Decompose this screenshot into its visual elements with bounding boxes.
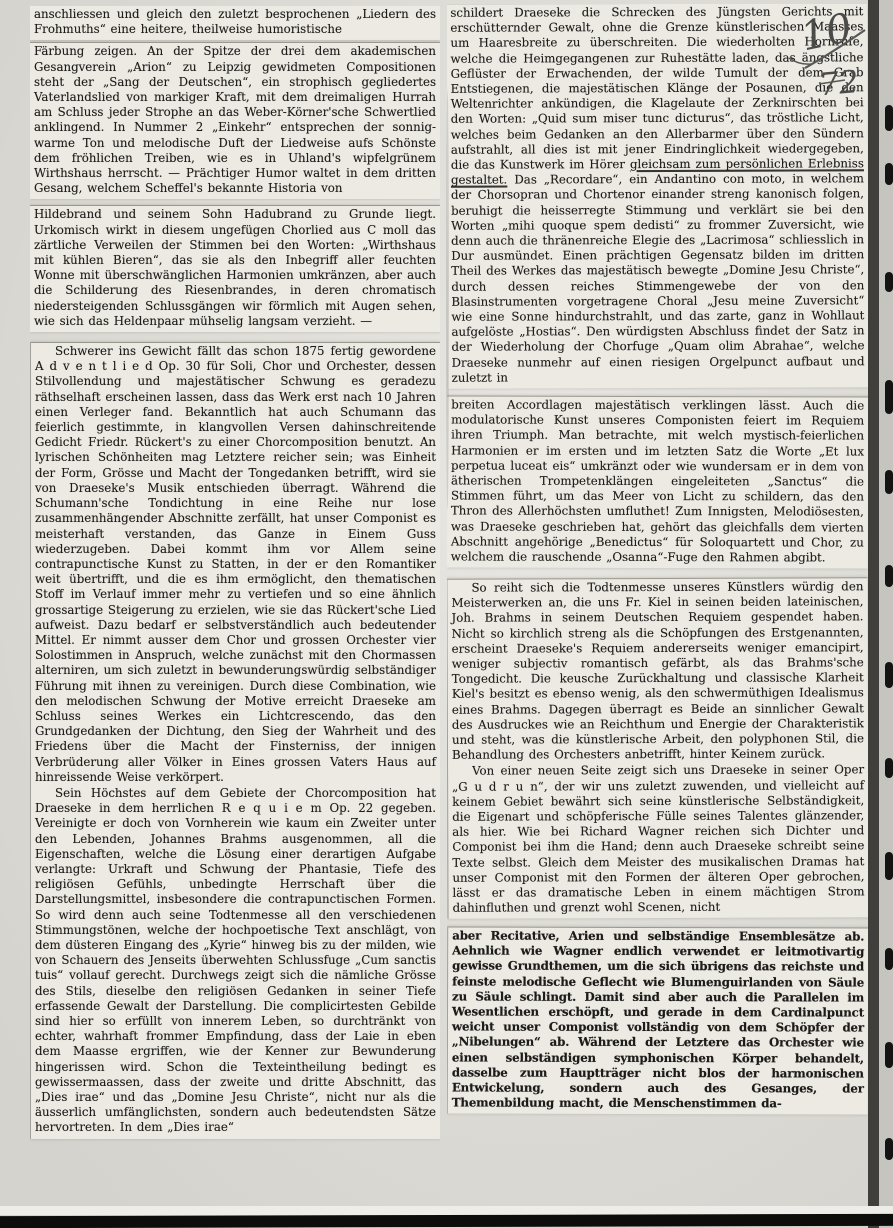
left-column: anschliessen und gleich den zuletzt besp… bbox=[30, 6, 440, 1212]
paragraph-requiem: Sein Höchstes auf dem Gebiete der Chorco… bbox=[35, 786, 436, 1136]
scan-bottom-bar bbox=[0, 1214, 893, 1228]
scan-edge-mark bbox=[885, 272, 893, 292]
scan-edge-mark bbox=[885, 948, 893, 970]
paragraph-todtenmesse: So reiht sich die Todtenmesse unseres Kü… bbox=[451, 580, 864, 764]
paragraph-fragment: anschliessen und gleich den zuletzt besp… bbox=[34, 7, 436, 37]
scan-edge-mark bbox=[885, 758, 893, 778]
clipping-adventlied-requiem: Schwerer ins Gewicht fällt das schon 187… bbox=[30, 342, 440, 1139]
scan-edge-mark bbox=[885, 1042, 893, 1068]
scan-edge-mark bbox=[885, 163, 893, 185]
clipping-recitative: aber Recitative, Arien und selbständige … bbox=[447, 926, 868, 1115]
scan-edge-mark bbox=[885, 1138, 893, 1160]
handwritten-number-top: 10 bbox=[797, 5, 856, 61]
scan-edge-dark-band bbox=[868, 0, 879, 1228]
scan-edge-mark bbox=[885, 852, 893, 880]
scan-edge-mark bbox=[885, 470, 893, 494]
scan-edge-mark bbox=[885, 380, 893, 414]
clipping-hildebrand: Hildebrand und seinem Sohn Hadubrand zu … bbox=[30, 205, 440, 332]
scan-edge-mark bbox=[885, 662, 893, 688]
clipping-fragment: anschliessen und gleich den zuletzt besp… bbox=[30, 6, 440, 40]
right-column: schildert Draeseke die Schrecken des Jün… bbox=[447, 4, 868, 1214]
scan-edge-mark bbox=[885, 565, 893, 587]
paragraph-faerbung: Färbung zeigen. An der Spitze der drei d… bbox=[34, 44, 436, 196]
paragraph-gudrun: Von einer neuen Seite zeigt sich uns Dra… bbox=[452, 763, 865, 916]
scan-edge-mark bbox=[885, 105, 893, 131]
clipping-todtenmesse-gudrun: So reiht sich die Todtenmesse unseres Kü… bbox=[447, 578, 868, 920]
clipping-accordlagen: breiten Accordlagen majestätisch verklin… bbox=[447, 396, 868, 569]
scanned-journal-page: anschliessen und gleich den zuletzt besp… bbox=[0, 0, 893, 1228]
column-seam-shadow bbox=[446, 90, 449, 510]
paragraph-hildebrand: Hildebrand und seinem Sohn Hadubrand zu … bbox=[34, 207, 436, 329]
clipping-faerbung: Färbung zeigen. An der Spitze der drei d… bbox=[30, 42, 440, 199]
paragraph-recitative: aber Recitative, Arien und selbständige … bbox=[452, 928, 864, 1112]
paragraph-accordlagen: breiten Accordlagen majestätisch verklin… bbox=[451, 398, 864, 566]
paragraph-adventlied: Schwerer ins Gewicht fällt das schon 187… bbox=[35, 344, 436, 785]
dies-irae-text-end: Das „Recordare“, ein Andantino con moto,… bbox=[451, 172, 865, 385]
